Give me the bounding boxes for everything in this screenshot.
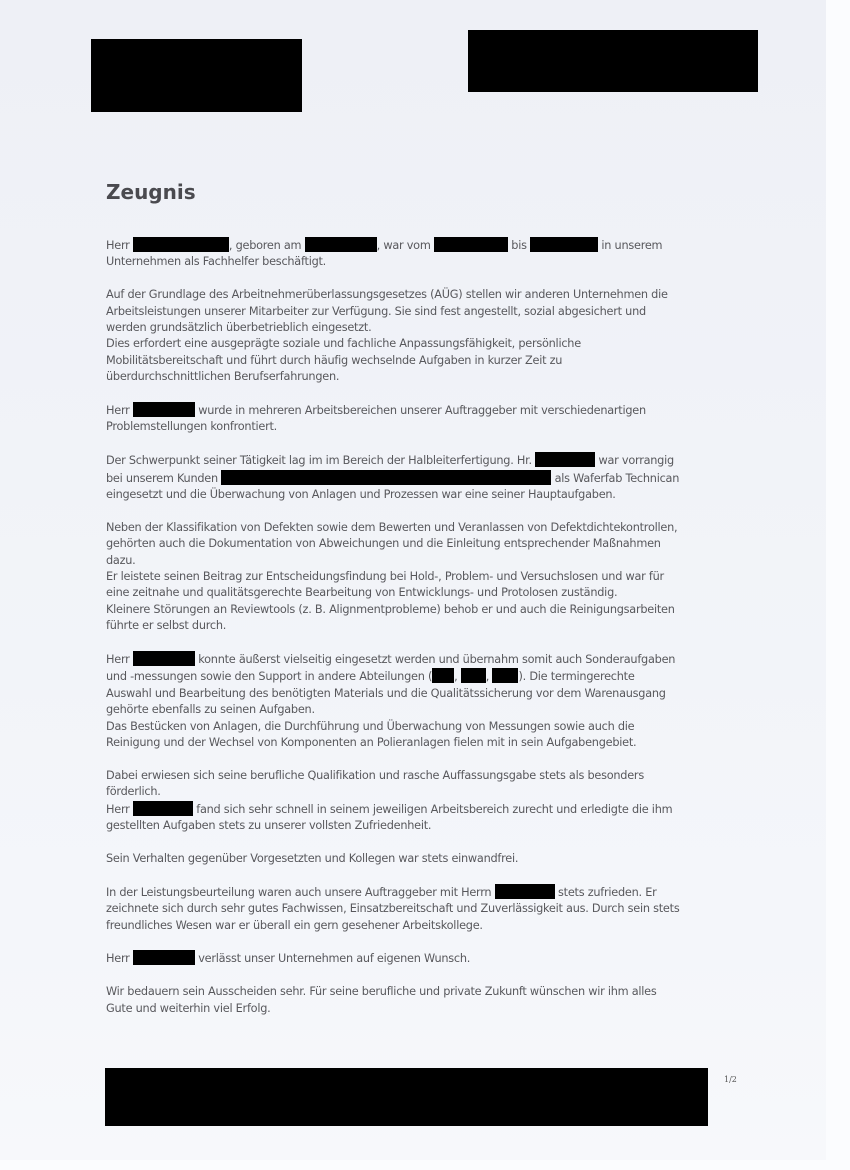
redacted-text	[530, 237, 598, 252]
text-segment: in unserem	[598, 239, 662, 252]
text-segment: Mobilitätsbereitschaft und führt durch h…	[106, 354, 562, 367]
text-segment: Sein Verhalten gegenüber Vorgesetzten un…	[106, 852, 518, 865]
text-line: Problemstellungen konfrontiert.	[106, 419, 756, 435]
redacted-text	[305, 237, 377, 252]
text-line: Arbeitsleistungen unserer Mitarbeiter zu…	[106, 304, 756, 320]
text-segment: zeichnete sich durch sehr gutes Fachwiss…	[106, 902, 679, 915]
redacted-sender-block	[91, 39, 302, 112]
text-segment: dazu.	[106, 554, 136, 567]
text-segment: Unternehmen als Fachhelfer beschäftigt.	[106, 255, 326, 268]
text-segment: bei unserem Kunden	[106, 472, 221, 485]
text-segment: und -messungen sowie den Support in ande…	[106, 670, 432, 683]
text-line: In der Leistungsbeurteilung waren auch u…	[106, 884, 756, 901]
text-line: Reinigung und der Wechsel von Komponente…	[106, 735, 756, 751]
paragraph: Dabei erwiesen sich seine berufliche Qua…	[106, 768, 756, 835]
text-segment: Wir bedauern sein Ausscheiden sehr. Für …	[106, 985, 657, 998]
page-number: 1/2	[724, 1075, 737, 1084]
text-segment: gehörte ebenfalls zu seinen Aufgaben.	[106, 703, 315, 716]
redacted-footer-block	[105, 1068, 708, 1126]
text-line: Neben der Klassifikation von Defekten so…	[106, 520, 756, 536]
text-line: Er leistete seinen Beitrag zur Entscheid…	[106, 569, 756, 585]
paragraph: In der Leistungsbeurteilung waren auch u…	[106, 884, 756, 934]
text-line: förderlich.	[106, 784, 756, 800]
text-line: Auswahl und Bearbeitung des benötigten M…	[106, 686, 756, 702]
text-line: Gute und weiterhin viel Erfolg.	[106, 1001, 756, 1017]
text-segment: eingesetzt und die Überwachung von Anlag…	[106, 488, 616, 501]
text-segment: Auswahl und Bearbeitung des benötigten M…	[106, 687, 666, 700]
redacted-text	[492, 668, 518, 683]
text-segment: führte er selbst durch.	[106, 619, 226, 632]
text-line: überdurchschnittlichen Berufserfahrungen…	[106, 369, 756, 385]
text-line: eingesetzt und die Überwachung von Anlag…	[106, 487, 756, 503]
text-segment: , geboren am	[229, 239, 305, 252]
paragraph: Herr konnte äußerst vielseitig eingesetz…	[106, 651, 756, 751]
paragraph: Auf der Grundlage des Arbeitnehmerüberla…	[106, 287, 756, 385]
text-line: dazu.	[106, 553, 756, 569]
text-line: Kleinere Störungen an Reviewtools (z. B.…	[106, 602, 756, 618]
text-line: gestellten Aufgaben stets zu unserer vol…	[106, 818, 756, 834]
text-segment: gehörten auch die Dokumentation von Abwe…	[106, 537, 661, 550]
text-segment: eine zeitnahe und qualitätsgerechte Bear…	[106, 586, 617, 599]
text-line: Mobilitätsbereitschaft und führt durch h…	[106, 353, 756, 369]
redacted-text	[461, 668, 486, 683]
text-segment: Kleinere Störungen an Reviewtools (z. B.…	[106, 603, 675, 616]
text-line: eine zeitnahe und qualitätsgerechte Bear…	[106, 585, 756, 601]
text-segment: als Waferfab Technican	[551, 472, 679, 485]
text-line: Herr fand sich sehr schnell in seinem je…	[106, 801, 756, 818]
text-segment: fand sich sehr schnell in seinem jeweili…	[193, 803, 672, 816]
text-segment: förderlich.	[106, 785, 161, 798]
text-segment: wurde in mehreren Arbeitsbereichen unser…	[195, 404, 646, 417]
paragraph: Herr , geboren am , war vom bis in unser…	[106, 237, 756, 271]
text-segment: ). Die termingerechte	[518, 670, 634, 683]
text-line: gehörten auch die Dokumentation von Abwe…	[106, 536, 756, 552]
text-line: Herr , geboren am , war vom bis in unser…	[106, 237, 756, 254]
redacted-text	[432, 668, 454, 683]
redacted-text	[535, 452, 595, 467]
text-segment: Herr	[106, 803, 133, 816]
paragraph: Der Schwerpunkt seiner Tätigkeit lag im …	[106, 452, 756, 503]
text-segment: gestellten Aufgaben stets zu unserer vol…	[106, 819, 431, 832]
text-segment: verlässt unser Unternehmen auf eigenen W…	[195, 952, 470, 965]
document-body: Herr , geboren am , war vom bis in unser…	[106, 237, 756, 1033]
text-line: Herr konnte äußerst vielseitig eingesetz…	[106, 651, 756, 668]
text-line: Auf der Grundlage des Arbeitnehmerüberla…	[106, 287, 756, 303]
paragraph: Sein Verhalten gegenüber Vorgesetzten un…	[106, 851, 756, 867]
text-segment: Auf der Grundlage des Arbeitnehmerüberla…	[106, 288, 668, 301]
redacted-text	[133, 651, 195, 666]
text-line: Dabei erwiesen sich seine berufliche Qua…	[106, 768, 756, 784]
text-segment: Er leistete seinen Beitrag zur Entscheid…	[106, 570, 664, 583]
redacted-text	[133, 402, 195, 417]
text-segment: ,	[486, 670, 493, 683]
text-segment: Der Schwerpunkt seiner Tätigkeit lag im …	[106, 454, 535, 467]
text-line: zeichnete sich durch sehr gutes Fachwiss…	[106, 901, 756, 917]
redacted-text	[133, 237, 229, 252]
text-segment: war vorrangig	[595, 454, 674, 467]
text-segment: Das Bestücken von Anlagen, die Durchführ…	[106, 720, 634, 733]
text-line: werden grundsätzlich überbetrieblich ein…	[106, 320, 756, 336]
text-line: Das Bestücken von Anlagen, die Durchführ…	[106, 719, 756, 735]
text-segment: Neben der Klassifikation von Defekten so…	[106, 521, 677, 534]
redacted-text	[434, 237, 508, 252]
text-line: Unternehmen als Fachhelfer beschäftigt.	[106, 254, 756, 270]
text-segment: freundliches Wesen war er überall ein ge…	[106, 919, 483, 932]
document-page: Zeugnis Herr , geboren am , war vom bis …	[0, 0, 826, 1160]
text-segment: Herr	[106, 653, 133, 666]
redacted-letterhead-block	[468, 30, 758, 92]
text-line: Herr wurde in mehreren Arbeitsbereichen …	[106, 402, 756, 419]
text-segment: Herr	[106, 952, 133, 965]
paragraph: Wir bedauern sein Ausscheiden sehr. Für …	[106, 984, 756, 1017]
redacted-text	[133, 950, 195, 965]
text-segment: ,	[454, 670, 461, 683]
text-line: bei unserem Kunden als Waferfab Technica…	[106, 470, 756, 487]
text-line: Wir bedauern sein Ausscheiden sehr. Für …	[106, 984, 756, 1000]
text-segment: Problemstellungen konfrontiert.	[106, 420, 277, 433]
text-line: führte er selbst durch.	[106, 618, 756, 634]
text-segment: Arbeitsleistungen unserer Mitarbeiter zu…	[106, 305, 646, 318]
text-line: Herr verlässt unser Unternehmen auf eige…	[106, 950, 756, 967]
text-segment: Herr	[106, 404, 133, 417]
text-segment: konnte äußerst vielseitig eingesetzt wer…	[195, 653, 675, 666]
text-line: gehörte ebenfalls zu seinen Aufgaben.	[106, 702, 756, 718]
text-line: freundliches Wesen war er überall ein ge…	[106, 918, 756, 934]
redacted-text	[495, 884, 555, 899]
text-segment: Dabei erwiesen sich seine berufliche Qua…	[106, 769, 644, 782]
text-segment: überdurchschnittlichen Berufserfahrungen…	[106, 370, 339, 383]
text-line: Sein Verhalten gegenüber Vorgesetzten un…	[106, 851, 756, 867]
paragraph: Neben der Klassifikation von Defekten so…	[106, 520, 756, 635]
text-segment: Gute und weiterhin viel Erfolg.	[106, 1002, 271, 1015]
text-segment: bis	[508, 239, 530, 252]
paragraph: Herr wurde in mehreren Arbeitsbereichen …	[106, 402, 756, 436]
text-segment: , war vom	[377, 239, 434, 252]
paragraph: Herr verlässt unser Unternehmen auf eige…	[106, 950, 756, 967]
text-line: Dies erfordert eine ausgeprägte soziale …	[106, 336, 756, 352]
document-title: Zeugnis	[106, 180, 196, 204]
text-segment: In der Leistungsbeurteilung waren auch u…	[106, 886, 495, 899]
text-line: Der Schwerpunkt seiner Tätigkeit lag im …	[106, 452, 756, 469]
text-segment: werden grundsätzlich überbetrieblich ein…	[106, 321, 371, 334]
text-segment: Dies erfordert eine ausgeprägte soziale …	[106, 337, 581, 350]
text-segment: Herr	[106, 239, 133, 252]
text-segment: Reinigung und der Wechsel von Komponente…	[106, 736, 636, 749]
text-line: und -messungen sowie den Support in ande…	[106, 668, 756, 685]
redacted-text	[133, 801, 193, 816]
redacted-text	[221, 470, 551, 485]
text-segment: stets zufrieden. Er	[555, 886, 657, 899]
